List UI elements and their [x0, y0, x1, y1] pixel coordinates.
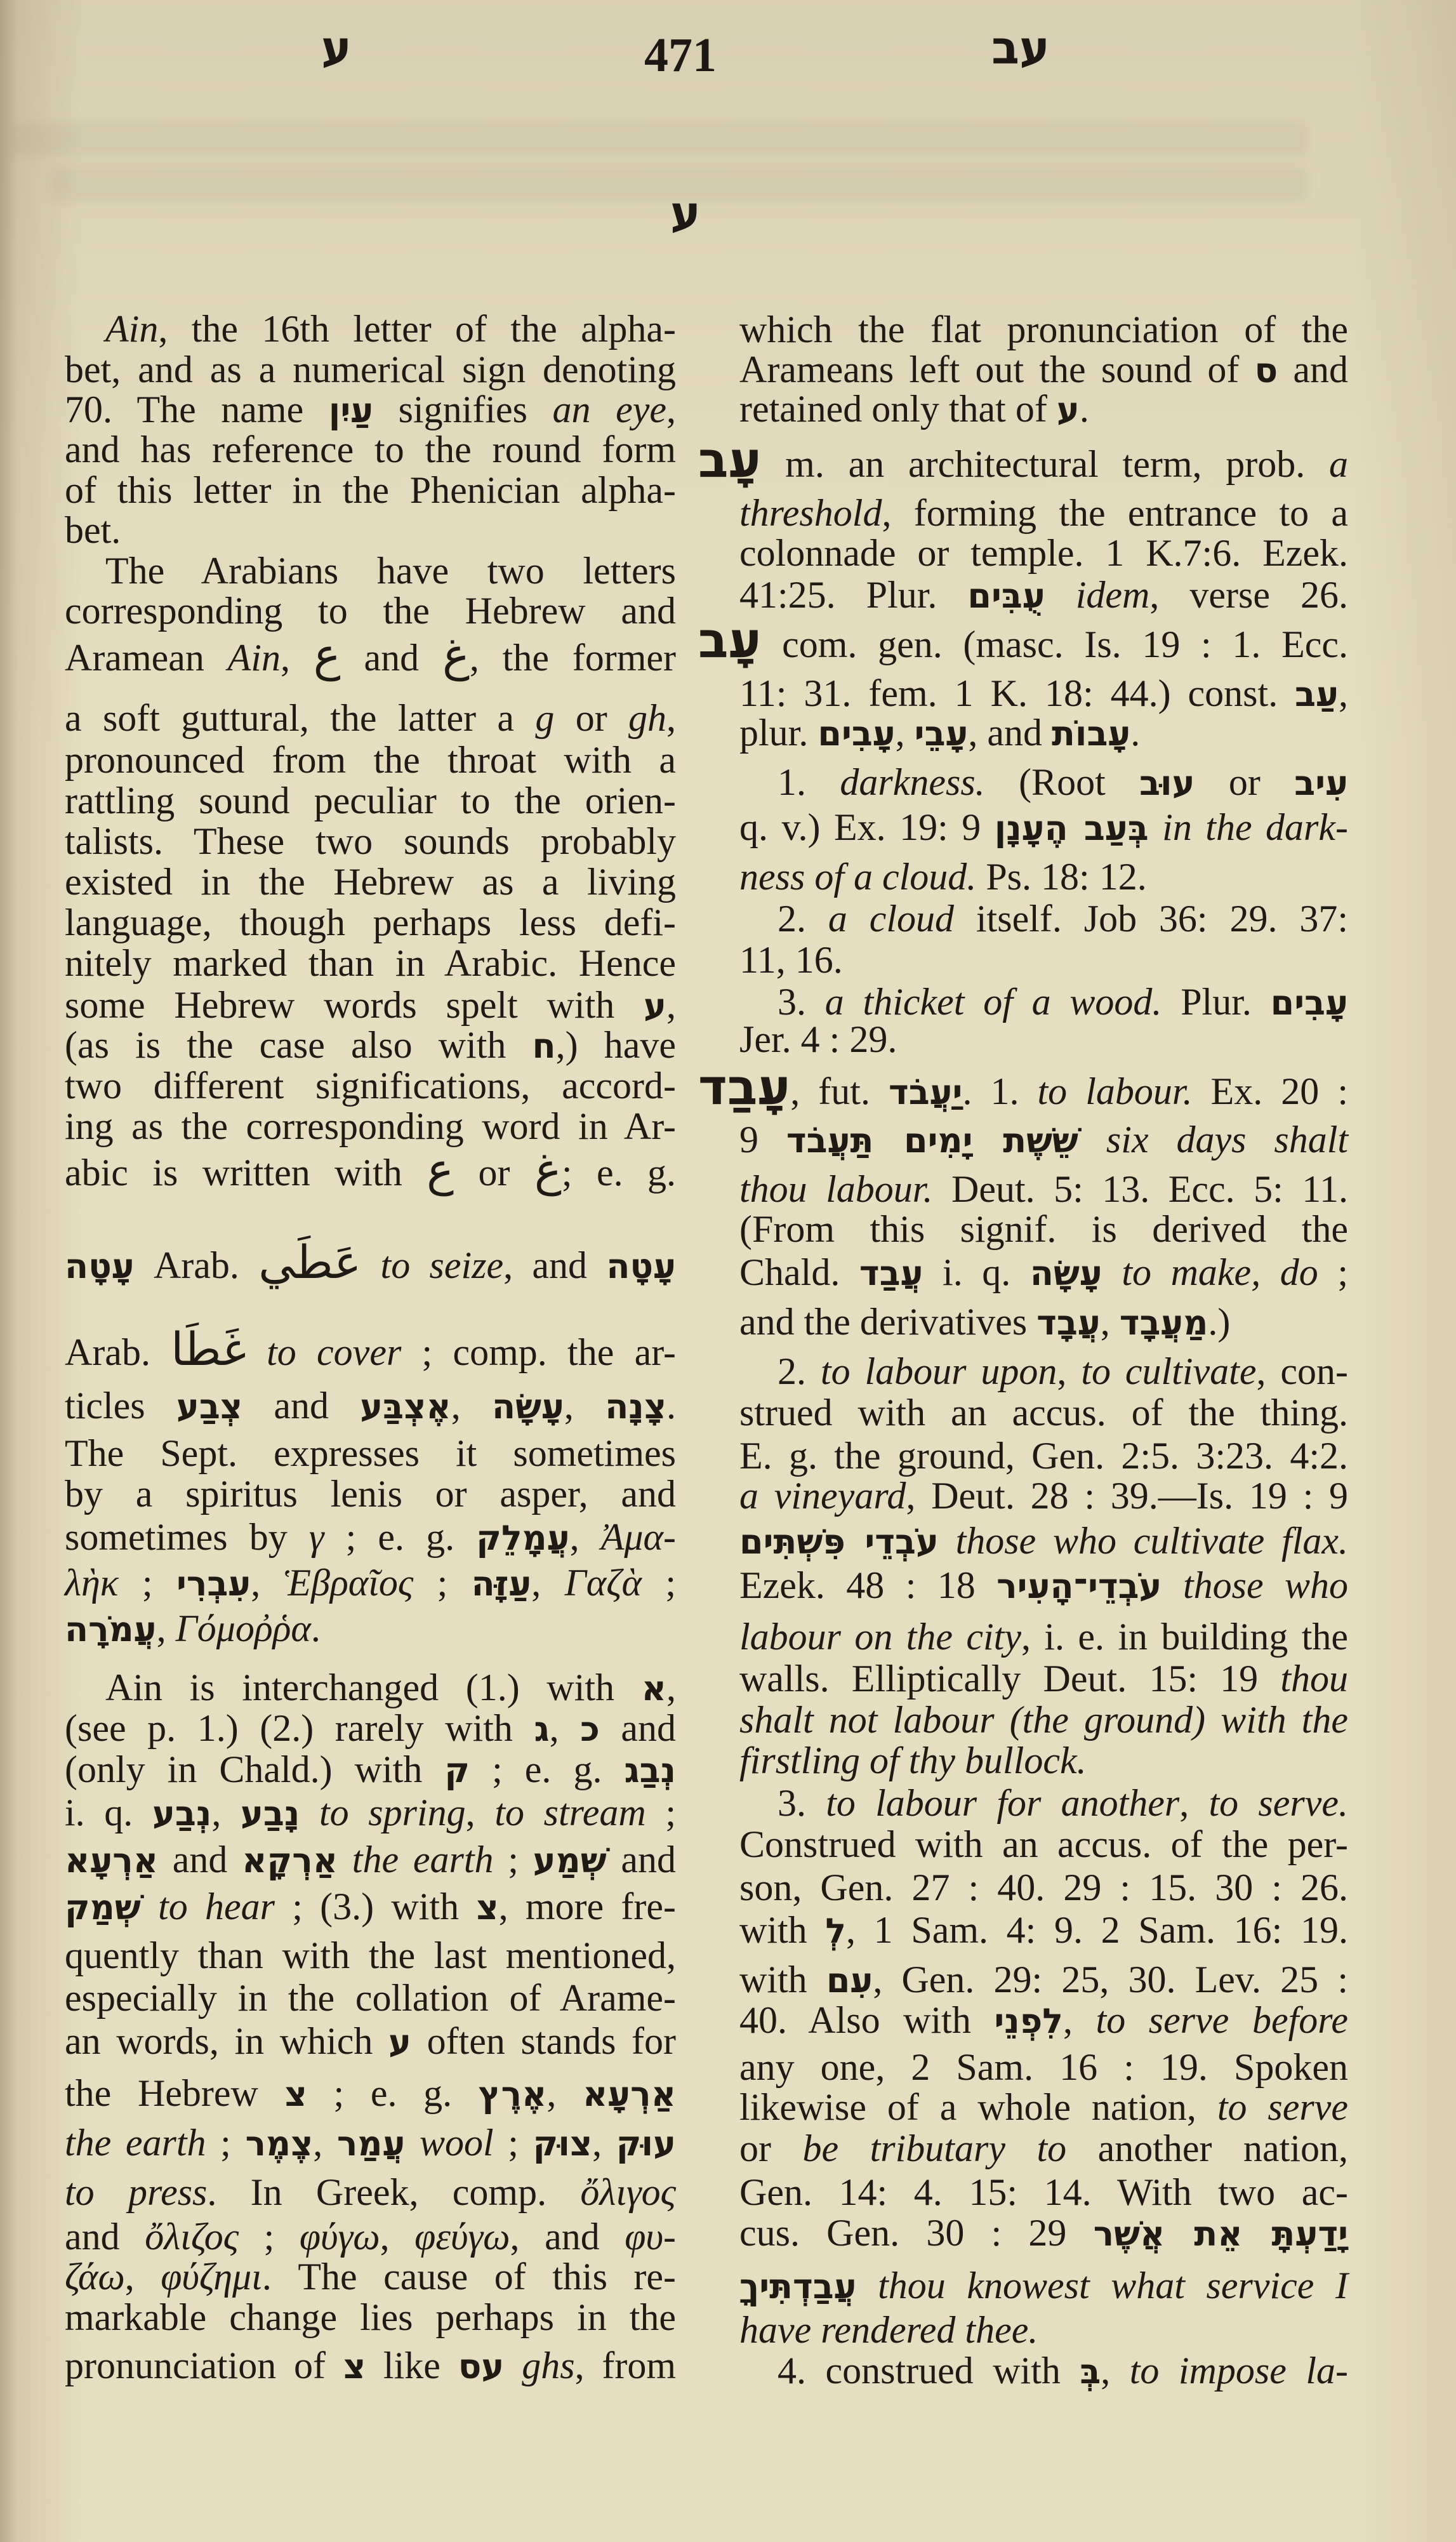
- text-line: with לְ, 1 Sam. 4: 9. 2 Sam. 16: 19.: [739, 1910, 1348, 1950]
- roman-text: ,: [1063, 1999, 1096, 2041]
- text-line: an words, in which ע often stands for: [65, 2021, 676, 2061]
- roman-text: markable change lies perhaps in the: [65, 2296, 676, 2338]
- roman-text: ; e. g.: [324, 1516, 477, 1558]
- hebrew-word: לִפְנֵי: [994, 2001, 1063, 2041]
- text-line: עָטָה Arab. عَطَي to seize, and עָטָה: [65, 1245, 676, 1286]
- roman-text: 4. construed with: [778, 2350, 1080, 2392]
- roman-text: ; e. g.: [562, 1152, 676, 1194]
- text-line: ticles צְבַע and אֶצְבַּע, עָשָׂה, צָנָה…: [65, 1385, 676, 1426]
- roman-text: son, Gen. 27 : 40. 29 : 15. 30 : 26.: [739, 1867, 1348, 1908]
- roman-text: ,: [896, 712, 915, 754]
- text-line: walls. Elliptically Deut. 15: 19 thou: [739, 1658, 1348, 1699]
- roman-text: Arab.: [135, 1244, 259, 1286]
- roman-text: and: [341, 637, 442, 679]
- roman-text: .: [1080, 388, 1089, 430]
- roman-text: [246, 1331, 267, 1373]
- roman-text: like: [366, 2345, 458, 2386]
- roman-text: [939, 1520, 956, 1562]
- roman-text: Construed with an accus. of the per-: [739, 1823, 1348, 1865]
- roman-text: pronounced from the throat with a: [65, 739, 676, 781]
- arabic-word: غ: [442, 628, 470, 681]
- running-head-right-letters: עב: [976, 25, 1065, 70]
- hebrew-word: צָנָה: [605, 1387, 666, 1427]
- italic-text: firstling of thy bullock.: [739, 1740, 1087, 1781]
- text-line: with עִם, Gen. 29: 25, 30. Lev. 25 :: [739, 1959, 1348, 2000]
- hebrew-word: עֹבְדֵי־הָעִיר: [996, 1566, 1161, 1606]
- roman-text: ,: [313, 2122, 337, 2164]
- roman-text: [300, 1792, 319, 1833]
- entry-headword-line: עָב com. gen. (masc. Is. 19 : 1. Ecc.: [698, 624, 1348, 665]
- text-line: λὴκ ; עִבְרִי, Ἑβραῖος ; עַזָּה, Γαζὰ ;: [65, 1562, 676, 1603]
- arabic-word: غَطَا: [171, 1322, 246, 1376]
- italic-text: shalt not labour (the ground) with the: [739, 1699, 1348, 1741]
- italic-text: darkness.: [840, 761, 984, 803]
- entry-headword: עָב: [698, 432, 761, 489]
- italic-text: to hear: [158, 1886, 275, 1927]
- hebrew-word: א: [642, 1668, 666, 1708]
- text-line: 9 שֵׁשֶׁת יָמִים תַּעֲבֹד six days shalt: [739, 1119, 1348, 1160]
- italic-text: a: [1329, 443, 1348, 485]
- text-line: by a spiritus lenis or asper, and: [65, 1474, 676, 1514]
- text-line: עֲמֹרָה, Γόμοῤῥα.: [65, 1608, 676, 1649]
- roman-text: ; (3.) with: [275, 1886, 476, 1927]
- text-line: likewise of a whole nation, to serve: [739, 2087, 1348, 2127]
- text-line: Jer. 4 : 29.: [739, 1019, 1348, 1060]
- text-line: i. q. נְבַע, נָבַע to spring, to stream …: [65, 1792, 676, 1833]
- text-line: 2. to labour upon, to cultivate, con-: [739, 1351, 1348, 1392]
- roman-text: or: [1195, 761, 1295, 803]
- hebrew-word: ע: [388, 2022, 411, 2062]
- roman-text: walls. Elliptically Deut. 15: 19: [739, 1658, 1280, 1700]
- text-line: (only in Chald.) with ק ; e. g. נְבַג: [65, 1749, 676, 1790]
- hebrew-word: בְּ: [1080, 2352, 1101, 2392]
- text-line: E. g. the ground, Gen. 2:5. 3:23. 4:2.: [739, 1435, 1348, 1476]
- roman-text: likewise of a whole nation,: [739, 2086, 1217, 2128]
- hebrew-word: ע: [1057, 390, 1080, 430]
- section-letter-heading: ע: [641, 190, 730, 236]
- italic-text: ghs: [522, 2345, 574, 2386]
- hebrew-word: צֶמֶר: [245, 2124, 313, 2164]
- hebrew-word: עִיב: [1294, 763, 1348, 803]
- roman-text: ,: [211, 1792, 241, 1833]
- roman-text: 2.: [778, 1350, 821, 1392]
- italic-text: Ain: [228, 637, 281, 679]
- greek-word: φύγω: [300, 2216, 380, 2258]
- roman-text: Jer. 4 : 29.: [739, 1018, 897, 1060]
- roman-text: (see p. 1.) (2.) rarely with: [65, 1707, 534, 1749]
- text-line: the earth ; צֶמֶר, עֲמַר wool ; צוּק, עו…: [65, 2122, 676, 2163]
- roman-text: existed in the Hebrew as a living: [65, 861, 676, 903]
- roman-text: often stands for: [411, 2020, 676, 2062]
- roman-text: two different significations, accord-: [65, 1065, 676, 1107]
- italic-text: to labour upon: [821, 1350, 1057, 1392]
- greek-word: Ἀμα-: [601, 1516, 676, 1558]
- roman-text: [141, 1886, 158, 1927]
- roman-text: and: [600, 1707, 676, 1749]
- text-line: cus. Gen. 30 : 29 יָדַעְתָּ אֵת אֲשֶׁר: [739, 2213, 1348, 2253]
- roman-text: and: [158, 1839, 242, 1880]
- text-line: two different significations, accord-: [65, 1065, 676, 1106]
- text-line: strued with an accus. of the thing.: [739, 1392, 1348, 1433]
- arabic-word: عَطَي: [258, 1235, 361, 1289]
- italic-text: an eye: [553, 389, 666, 430]
- italic-text: to serve.: [1209, 1782, 1349, 1824]
- hebrew-word: עָבִים: [1271, 983, 1348, 1023]
- italic-text: those who cultivate flax.: [956, 1520, 1348, 1562]
- entry-headword-line: עָב m. an architectural term, prob. a: [698, 444, 1348, 484]
- roman-text: 70. The name: [65, 389, 329, 430]
- text-line: of this letter in the Phenician alpha-: [65, 470, 676, 510]
- text-line: bet.: [65, 510, 676, 550]
- text-line: bet, and as a numerical sign denoting: [65, 349, 676, 390]
- hebrew-word: עַב: [1295, 674, 1339, 714]
- italic-text: to serve: [1217, 2086, 1348, 2128]
- roman-text: ;: [642, 1562, 676, 1604]
- roman-text: ,: [157, 1607, 176, 1649]
- roman-text: Ain is interchanged (1.) with: [105, 1667, 642, 1708]
- roman-text: ticles: [65, 1385, 176, 1427]
- hebrew-word: עַזָּה: [472, 1564, 532, 1604]
- arabic-word: ع: [427, 1143, 454, 1196]
- roman-text: rattling sound peculiar to the orien-: [65, 780, 676, 822]
- hebrew-word: אַרְעָא: [65, 1840, 158, 1880]
- roman-text: q. v.) Ex. 19: 9: [739, 806, 995, 848]
- roman-text: 11, 16.: [739, 939, 843, 981]
- text-line: colonnade or temple. 1 K.7:6. Ezek.: [739, 533, 1348, 573]
- roman-text: talists. These two sounds probably: [65, 820, 676, 862]
- hebrew-word: ק: [444, 1750, 470, 1790]
- text-line: Arab. غَطَا to cover ; comp. the ar-: [65, 1332, 676, 1373]
- text-line: ing as the corresponding word in Ar-: [65, 1106, 676, 1147]
- text-line: (see p. 1.) (2.) rarely with ג, כ and: [65, 1708, 676, 1748]
- roman-text: ; e. g.: [307, 2072, 479, 2114]
- roman-text: with: [739, 1959, 826, 2000]
- hebrew-word: צ: [476, 1887, 498, 1927]
- hebrew-word: כ: [580, 1709, 600, 1749]
- roman-text: ,: [380, 2216, 415, 2258]
- italic-text: wool: [420, 2122, 494, 2164]
- roman-text: The Arabians have two letters: [105, 550, 676, 592]
- entry-headword-line: עָבַד, fut. יַעֲבֹד. 1. to labour. Ex. 2…: [698, 1071, 1348, 1112]
- text-line: Construed with an accus. of the per-: [739, 1824, 1348, 1865]
- roman-text: and: [1278, 349, 1348, 390]
- roman-text: 11: 31. fem. 1 K. 18: 44.) const.: [739, 672, 1295, 714]
- italic-text: to press: [65, 2171, 207, 2213]
- roman-text: . The cause of this re-: [262, 2256, 676, 2298]
- text-line: and has reference to the round form: [65, 429, 676, 470]
- text-line: which the flat pronunciation of the: [739, 309, 1348, 350]
- roman-text: Chald.: [739, 1251, 859, 1293]
- roman-text: , Gen. 29: 25, 30. Lev. 25 :: [873, 1959, 1348, 2000]
- roman-text: , the former: [470, 637, 676, 679]
- roman-text: , con-: [1256, 1350, 1348, 1392]
- text-line: pronunciation of צ like עס ghs, from: [65, 2345, 676, 2386]
- text-line: and the derivatives עֲבָד, מַעֲבָד.): [739, 1301, 1348, 1342]
- roman-text: ; e. g.: [470, 1748, 624, 1790]
- roman-text: retained only that of: [739, 388, 1057, 430]
- roman-text: sometimes by: [65, 1516, 309, 1558]
- greek-word: γ: [309, 1516, 324, 1558]
- roman-text: 41:25. Plur.: [739, 574, 967, 616]
- italic-text: to seize: [381, 1244, 504, 1286]
- roman-text: nitely marked than in Arabic. Hence: [65, 942, 676, 984]
- text-line: or be tributary to another nation,: [739, 2128, 1348, 2169]
- italic-text: to cultivate: [1081, 1350, 1256, 1392]
- roman-text: [361, 1244, 380, 1286]
- greek-word: Γαζὰ: [565, 1562, 642, 1604]
- text-line: 3. to labour for another, to serve.: [739, 1783, 1348, 1823]
- roman-text: ,: [1101, 1301, 1120, 1343]
- roman-text: [338, 1839, 352, 1880]
- hebrew-word: אֶרֶץ: [479, 2074, 547, 2114]
- text-line: quently than with the last mentioned,: [65, 1935, 676, 1976]
- hebrew-word: עָבֵי: [915, 714, 969, 754]
- roman-text: plur.: [739, 712, 817, 754]
- roman-text: ;: [413, 1562, 471, 1604]
- hebrew-word: עָשָׂה: [1030, 1253, 1102, 1293]
- roman-text: E. g. the ground, Gen. 2:5. 3:23. 4:2.: [739, 1435, 1348, 1477]
- roman-text: ,) have: [556, 1024, 676, 1066]
- italic-text: threshold: [739, 492, 882, 534]
- italic-text: to serve before: [1096, 1999, 1348, 2041]
- text-line: 2. a cloud itself. Job 36: 29. 37:: [739, 898, 1348, 939]
- italic-text: in the dark-: [1162, 806, 1348, 848]
- roman-text: ,: [466, 1792, 495, 1833]
- roman-text: strued with an accus. of the thing.: [739, 1392, 1348, 1434]
- roman-text: , more fre-: [499, 1886, 676, 1927]
- text-line: 4. construed with בְּ, to impose la-: [739, 2350, 1348, 2391]
- roman-text: ,: [451, 1385, 492, 1427]
- roman-text: [504, 2345, 522, 2386]
- italic-text: the earth: [65, 2122, 206, 2164]
- text-line: 3. a thicket of a wood. Plur. עָבִים: [739, 982, 1348, 1022]
- hebrew-word: יָדַעְתָּ אֵת אֲשֶׁר: [1094, 2214, 1348, 2254]
- text-line: rattling sound peculiar to the orien-: [65, 780, 676, 821]
- greek-word: ὄλιζος: [145, 2216, 239, 2258]
- text-line: sometimes by γ ; e. g. עֲמָלֵק, Ἀμα-: [65, 1517, 676, 1557]
- roman-text: ;: [494, 1839, 533, 1880]
- running-head-left-letter: ע: [292, 25, 381, 70]
- hebrew-word: מַעֲבָד: [1120, 1303, 1208, 1343]
- text-line: The Sept. expresses it sometimes: [65, 1433, 676, 1474]
- greek-word: Ἑβραῖος: [284, 1562, 414, 1604]
- hebrew-word: צְבַע: [176, 1387, 242, 1427]
- roman-text: ,: [1179, 1782, 1208, 1824]
- roman-text: 3.: [778, 1782, 826, 1824]
- italic-text: six days shalt: [1106, 1119, 1348, 1161]
- italic-text: to make, do: [1122, 1251, 1318, 1293]
- arabic-word: ع: [314, 628, 341, 681]
- text-line: language, though perhaps less defi-: [65, 902, 676, 943]
- text-line: ζάω, φύζημι. The cause of this re-: [65, 2256, 676, 2297]
- hebrew-word: עֲבַד: [859, 1253, 923, 1293]
- roman-text: Ps. 18: 12.: [976, 856, 1146, 898]
- hebrew-word: עָשָׂה: [492, 1387, 564, 1427]
- roman-text: language, though perhaps less defi-: [65, 902, 676, 943]
- roman-text: , and: [503, 1244, 606, 1286]
- roman-text: another nation,: [1066, 2127, 1348, 2169]
- hebrew-word: עֹבְדֵי פִּשְׁתִּים: [739, 1522, 939, 1562]
- roman-text: ,: [666, 984, 676, 1026]
- roman-text: a soft guttural, the latter a: [65, 697, 535, 739]
- roman-text: and: [65, 2216, 145, 2258]
- roman-text: Ex. 20 :: [1193, 1070, 1348, 1112]
- italic-text: to impose la-: [1130, 2350, 1348, 2392]
- hebrew-word: בְּעַב הֶעָנָן: [995, 808, 1149, 848]
- roman-text: by a spiritus lenis or asper, and: [65, 1473, 676, 1515]
- text-line: nitely marked than in Arabic. Hence: [65, 943, 676, 983]
- hebrew-word: עֲמֹרָה: [65, 1609, 157, 1649]
- roman-text: Aramean: [65, 637, 228, 679]
- italic-text: to labour.: [1038, 1070, 1193, 1112]
- text-line: 41:25. Plur. עֻבִּים idem, verse 26.: [739, 575, 1348, 615]
- roman-text: the Hebrew: [65, 2072, 285, 2114]
- roman-text: ,: [570, 1516, 601, 1558]
- italic-text: labour on the city: [739, 1616, 1021, 1658]
- greek-word: ὄλιγος: [580, 2171, 676, 2213]
- text-line: thou labour. Deut. 5: 13. Ecc. 5: 11.: [739, 1169, 1348, 1209]
- roman-text: ,: [546, 2072, 583, 2114]
- text-line: (as is the case also with ח,) have: [65, 1025, 676, 1065]
- roman-text: , verse 26.: [1149, 574, 1348, 616]
- roman-text: ,: [550, 1707, 581, 1749]
- text-line: threshold, forming the entrance to a: [739, 493, 1348, 533]
- hebrew-word: עָטָה: [606, 1246, 676, 1286]
- roman-text: colonnade or temple. 1 K.7:6. Ezek.: [739, 532, 1348, 574]
- greek-word: φύζημι: [161, 2256, 262, 2298]
- roman-text: 1.: [778, 761, 840, 803]
- italic-text: thou: [1280, 1658, 1348, 1700]
- text-line: 70. The name עַיִן signifies an eye,: [65, 389, 676, 430]
- scanned-page: ע 471 עב ע Ain, the 16th letter of the a…: [0, 0, 1456, 2542]
- text-line: to press. In Greek, comp. ὄλιγος: [65, 2172, 676, 2213]
- roman-text: ,: [1101, 2350, 1129, 2392]
- roman-text: [1149, 806, 1162, 848]
- hebrew-word: שְׁמַק: [65, 1887, 141, 1927]
- italic-text: a cloud: [828, 898, 954, 940]
- hebrew-word: שֵׁשֶׁת יָמִים תַּעֲבֹד: [786, 1121, 1078, 1161]
- italic-text: those who: [1183, 1564, 1348, 1606]
- roman-text: any one, 2 Sam. 16 : 19. Spoken: [739, 2046, 1348, 2088]
- text-line: some Hebrew words spelt with ע,: [65, 985, 676, 1025]
- italic-text: the earth: [352, 1839, 494, 1880]
- roman-text: 9: [739, 1119, 786, 1161]
- roman-text: ;: [119, 1562, 176, 1604]
- italic-text: to cover: [267, 1331, 401, 1373]
- roman-text: with: [739, 1909, 825, 1951]
- roman-text: m. an architectural term, prob.: [761, 443, 1329, 485]
- greek-word: ζάω: [65, 2256, 125, 2298]
- roman-text: 2.: [778, 898, 828, 940]
- text-line: existed in the Hebrew as a living: [65, 862, 676, 902]
- roman-text: and: [607, 1839, 676, 1880]
- hebrew-word: נְבַע: [152, 1793, 211, 1833]
- roman-text: ,: [666, 1667, 676, 1708]
- roman-text: (as is the case also with: [65, 1024, 533, 1066]
- hebrew-word: עִם: [826, 1960, 873, 2000]
- italic-text: thou knowest what service I: [878, 2265, 1348, 2306]
- text-line: plur. עָבִים, עָבֵי, and עָבוֹת.: [739, 712, 1348, 753]
- text-line: אַרְעָא and אַרְקָא the earth ; שְׁמַע a…: [65, 1839, 676, 1880]
- roman-text: an words, in which: [65, 2020, 388, 2062]
- roman-text: ,: [1057, 1350, 1081, 1392]
- roman-text: [1045, 574, 1076, 616]
- roman-text: especially in the collation of Arame-: [65, 1977, 676, 2019]
- roman-text: or: [554, 697, 628, 739]
- roman-text: , and: [968, 712, 1052, 754]
- text-line: labour on the city, i. e. in building th…: [739, 1616, 1348, 1657]
- roman-text: . In Greek, comp.: [207, 2171, 580, 2213]
- show-through-shadow: [13, 124, 1307, 156]
- roman-text: , fut.: [790, 1070, 889, 1112]
- hebrew-word: ג: [534, 1709, 549, 1749]
- italic-text: idem: [1076, 574, 1150, 616]
- roman-text: ;: [206, 2122, 246, 2164]
- roman-text: Ezek. 48 : 18: [739, 1564, 996, 1606]
- italic-text: a vineyard: [739, 1475, 906, 1517]
- roman-text: .): [1208, 1301, 1230, 1343]
- roman-text: corresponding to the Hebrew and: [65, 590, 676, 632]
- italic-text: be tributary to: [802, 2127, 1066, 2169]
- hebrew-word: נָבַע: [241, 1793, 300, 1833]
- text-line: Aramean Ain, ع and غ, the former: [65, 637, 676, 678]
- italic-text: to spring: [319, 1792, 466, 1833]
- roman-text: i. q.: [923, 1251, 1029, 1293]
- hebrew-word: עָטָה: [65, 1246, 135, 1286]
- roman-text: ,: [125, 2256, 161, 2298]
- roman-text: some Hebrew words spelt with: [65, 984, 644, 1026]
- hebrew-word: אַרְעָא: [583, 2074, 676, 2114]
- text-line: pronounced from the throat with a: [65, 740, 676, 780]
- roman-text: which the flat pronunciation of the: [739, 309, 1348, 350]
- roman-text: ,: [281, 637, 314, 679]
- text-line: Gen. 14: 4. 15: 14. With two ac-: [739, 2172, 1348, 2213]
- roman-text: and the derivatives: [739, 1301, 1036, 1343]
- roman-text: [405, 2122, 420, 2164]
- text-line: son, Gen. 27 : 40. 29 : 15. 30 : 26.: [739, 1867, 1348, 1908]
- text-line: talists. These two sounds probably: [65, 821, 676, 862]
- roman-text: abic is written with: [65, 1152, 427, 1194]
- roman-text: [1162, 1564, 1183, 1606]
- italic-text: to labour for another: [826, 1782, 1179, 1824]
- roman-text: .: [1130, 712, 1140, 754]
- roman-text: ,: [251, 1562, 284, 1604]
- roman-text: .: [311, 1607, 321, 1649]
- hebrew-word: עֲמַר: [337, 2124, 405, 2164]
- roman-text: [1102, 1251, 1122, 1293]
- roman-text: .: [666, 1385, 676, 1427]
- text-line: Ezek. 48 : 18 עֹבְדֵי־הָעִיר those who: [739, 1565, 1348, 1606]
- roman-text: ;: [646, 1792, 676, 1833]
- roman-text: Deut. 5: 13. Ecc. 5: 11.: [933, 1168, 1348, 1210]
- roman-text: i. q.: [65, 1792, 152, 1833]
- hebrew-word: ח: [533, 1026, 556, 1066]
- hebrew-word: צ: [285, 2074, 307, 2114]
- text-line: and ὄλιζος ; φύγω, φεύγω, and φυ-: [65, 2216, 676, 2257]
- text-line: any one, 2 Sam. 16 : 19. Spoken: [739, 2047, 1348, 2087]
- roman-text: [857, 2265, 878, 2306]
- roman-text: ,: [592, 2122, 616, 2164]
- text-line: שְׁמַק to hear ; (3.) with צ, more fre-: [65, 1886, 676, 1927]
- roman-text: The Sept. expresses it sometimes: [65, 1432, 676, 1474]
- text-line: 11, 16.: [739, 940, 1348, 980]
- greek-word: φεύγω: [414, 2216, 510, 2258]
- text-line: עֹבְדֵי פִּשְׁתִּים those who cultivate …: [739, 1521, 1348, 1561]
- text-line: a vineyard, Deut. 28 : 39.—Is. 19 : 9: [739, 1475, 1348, 1516]
- hebrew-word: עַיִן: [329, 390, 373, 430]
- roman-text: Plur.: [1161, 981, 1270, 1023]
- text-line: 1. darkness. (Root עוּב or עִיב: [739, 762, 1348, 802]
